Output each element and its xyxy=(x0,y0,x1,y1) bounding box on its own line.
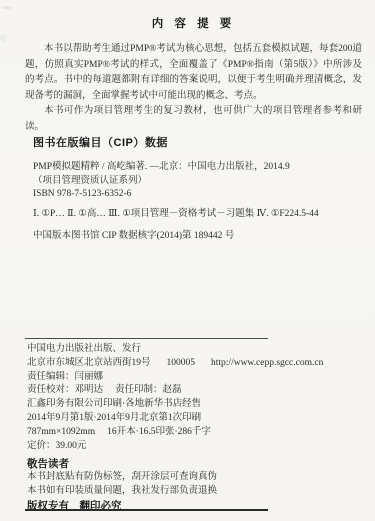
divider-bottom xyxy=(25,509,268,511)
cip-heading: 图书在版编目（CIP）数据 xyxy=(33,134,362,150)
cip-series-line: （项目管理资质认证系列） xyxy=(33,175,362,189)
staff-line: 责任校对：邓明达责任印制：赵磊 xyxy=(27,384,362,398)
cip-data-section: 图书在版编目（CIP）数据 PMP模拟题精粹 / 高屹编著. —北京：中国电力出… xyxy=(33,134,362,221)
cip-isbn: ISBN 978-7-5123-6352-6 xyxy=(33,188,362,202)
book-copyright-page: 内 容 提 要 本书以帮助考生通过PMP®考试为核心思想，包括五套模拟试题，每套… xyxy=(0,0,375,521)
print-supervisor: 责任印制：赵磊 xyxy=(115,385,182,395)
price-line: 定价：39.00元 xyxy=(27,440,362,454)
publisher-website: http://www.cepp.sgcc.com.cn xyxy=(211,358,323,368)
publisher-line: 中国电力出版社出版、发行 xyxy=(27,343,362,357)
publisher-postcode: 100005 xyxy=(167,358,196,368)
divider-top xyxy=(25,338,268,339)
proofreader: 责任校对：邓明达 xyxy=(27,385,103,395)
cip-classification: Ⅰ. ①P… Ⅱ. ①高… Ⅲ. ①项目管理－资格考试－习题集 Ⅳ. ①F224… xyxy=(33,208,362,222)
scan-smudge xyxy=(2,6,12,9)
content-summary-section: 内 容 提 要 本书以帮助考生通过PMP®考试为核心思想，包括五套模拟试题，每套… xyxy=(25,15,362,135)
colophon-section: 中国电力出版社出版、发行 北京市东城区北京站西街19号100005http://… xyxy=(27,343,362,453)
reader-notice-section: 敬告读者 本书封底贴有防伪标签，刮开涂层可查询真伪 本书如有印装质量问题，我社发… xyxy=(27,457,362,513)
editor-line: 责任编辑：闫丽娜 xyxy=(27,371,362,385)
trim-size: 787mm×1092mm xyxy=(27,427,95,437)
printer-line: 汇鑫印务有限公司印刷·各地新华书店经售 xyxy=(27,398,362,412)
format-line: 787mm×1092mm16开本·16.5印张·286千字 xyxy=(27,426,362,440)
publisher-address: 北京市东城区北京站西街19号 xyxy=(27,358,151,368)
content-summary-heading: 内 容 提 要 xyxy=(25,15,362,31)
address-line: 北京市东城区北京站西街19号100005http://www.cepp.sgcc… xyxy=(27,357,362,371)
summary-paragraph-2: 本书可作为项目管理考生的复习教材，也可供广大的项目管理者参考和研读。 xyxy=(25,104,362,135)
scan-smudge xyxy=(0,34,6,42)
notice-heading: 敬告读者 xyxy=(27,457,362,471)
summary-paragraph-1: 本书以帮助考生通过PMP®考试为核心思想，包括五套模拟试题，每套200道题，仿照… xyxy=(25,42,362,104)
format-detail: 16开本·16.5印张·286千字 xyxy=(107,427,211,437)
notice-line-antifake: 本书封底贴有防伪标签，刮开涂层可查询真伪 xyxy=(27,471,362,485)
edition-line: 2014年9月第1版·2014年9月北京第1次印刷 xyxy=(27,412,362,426)
copyright-statement: 版权专有 翻印必究 xyxy=(27,499,362,513)
cip-registry-number: 中国版本图书馆 CIP 数据核字(2014)第 189442 号 xyxy=(33,227,234,241)
cip-title-line: PMP模拟题精粹 / 高屹编著. —北京：中国电力出版社，2014.9 xyxy=(33,161,362,175)
notice-line-quality: 本书如有印装质量问题，我社发行部负责退换 xyxy=(27,485,362,499)
